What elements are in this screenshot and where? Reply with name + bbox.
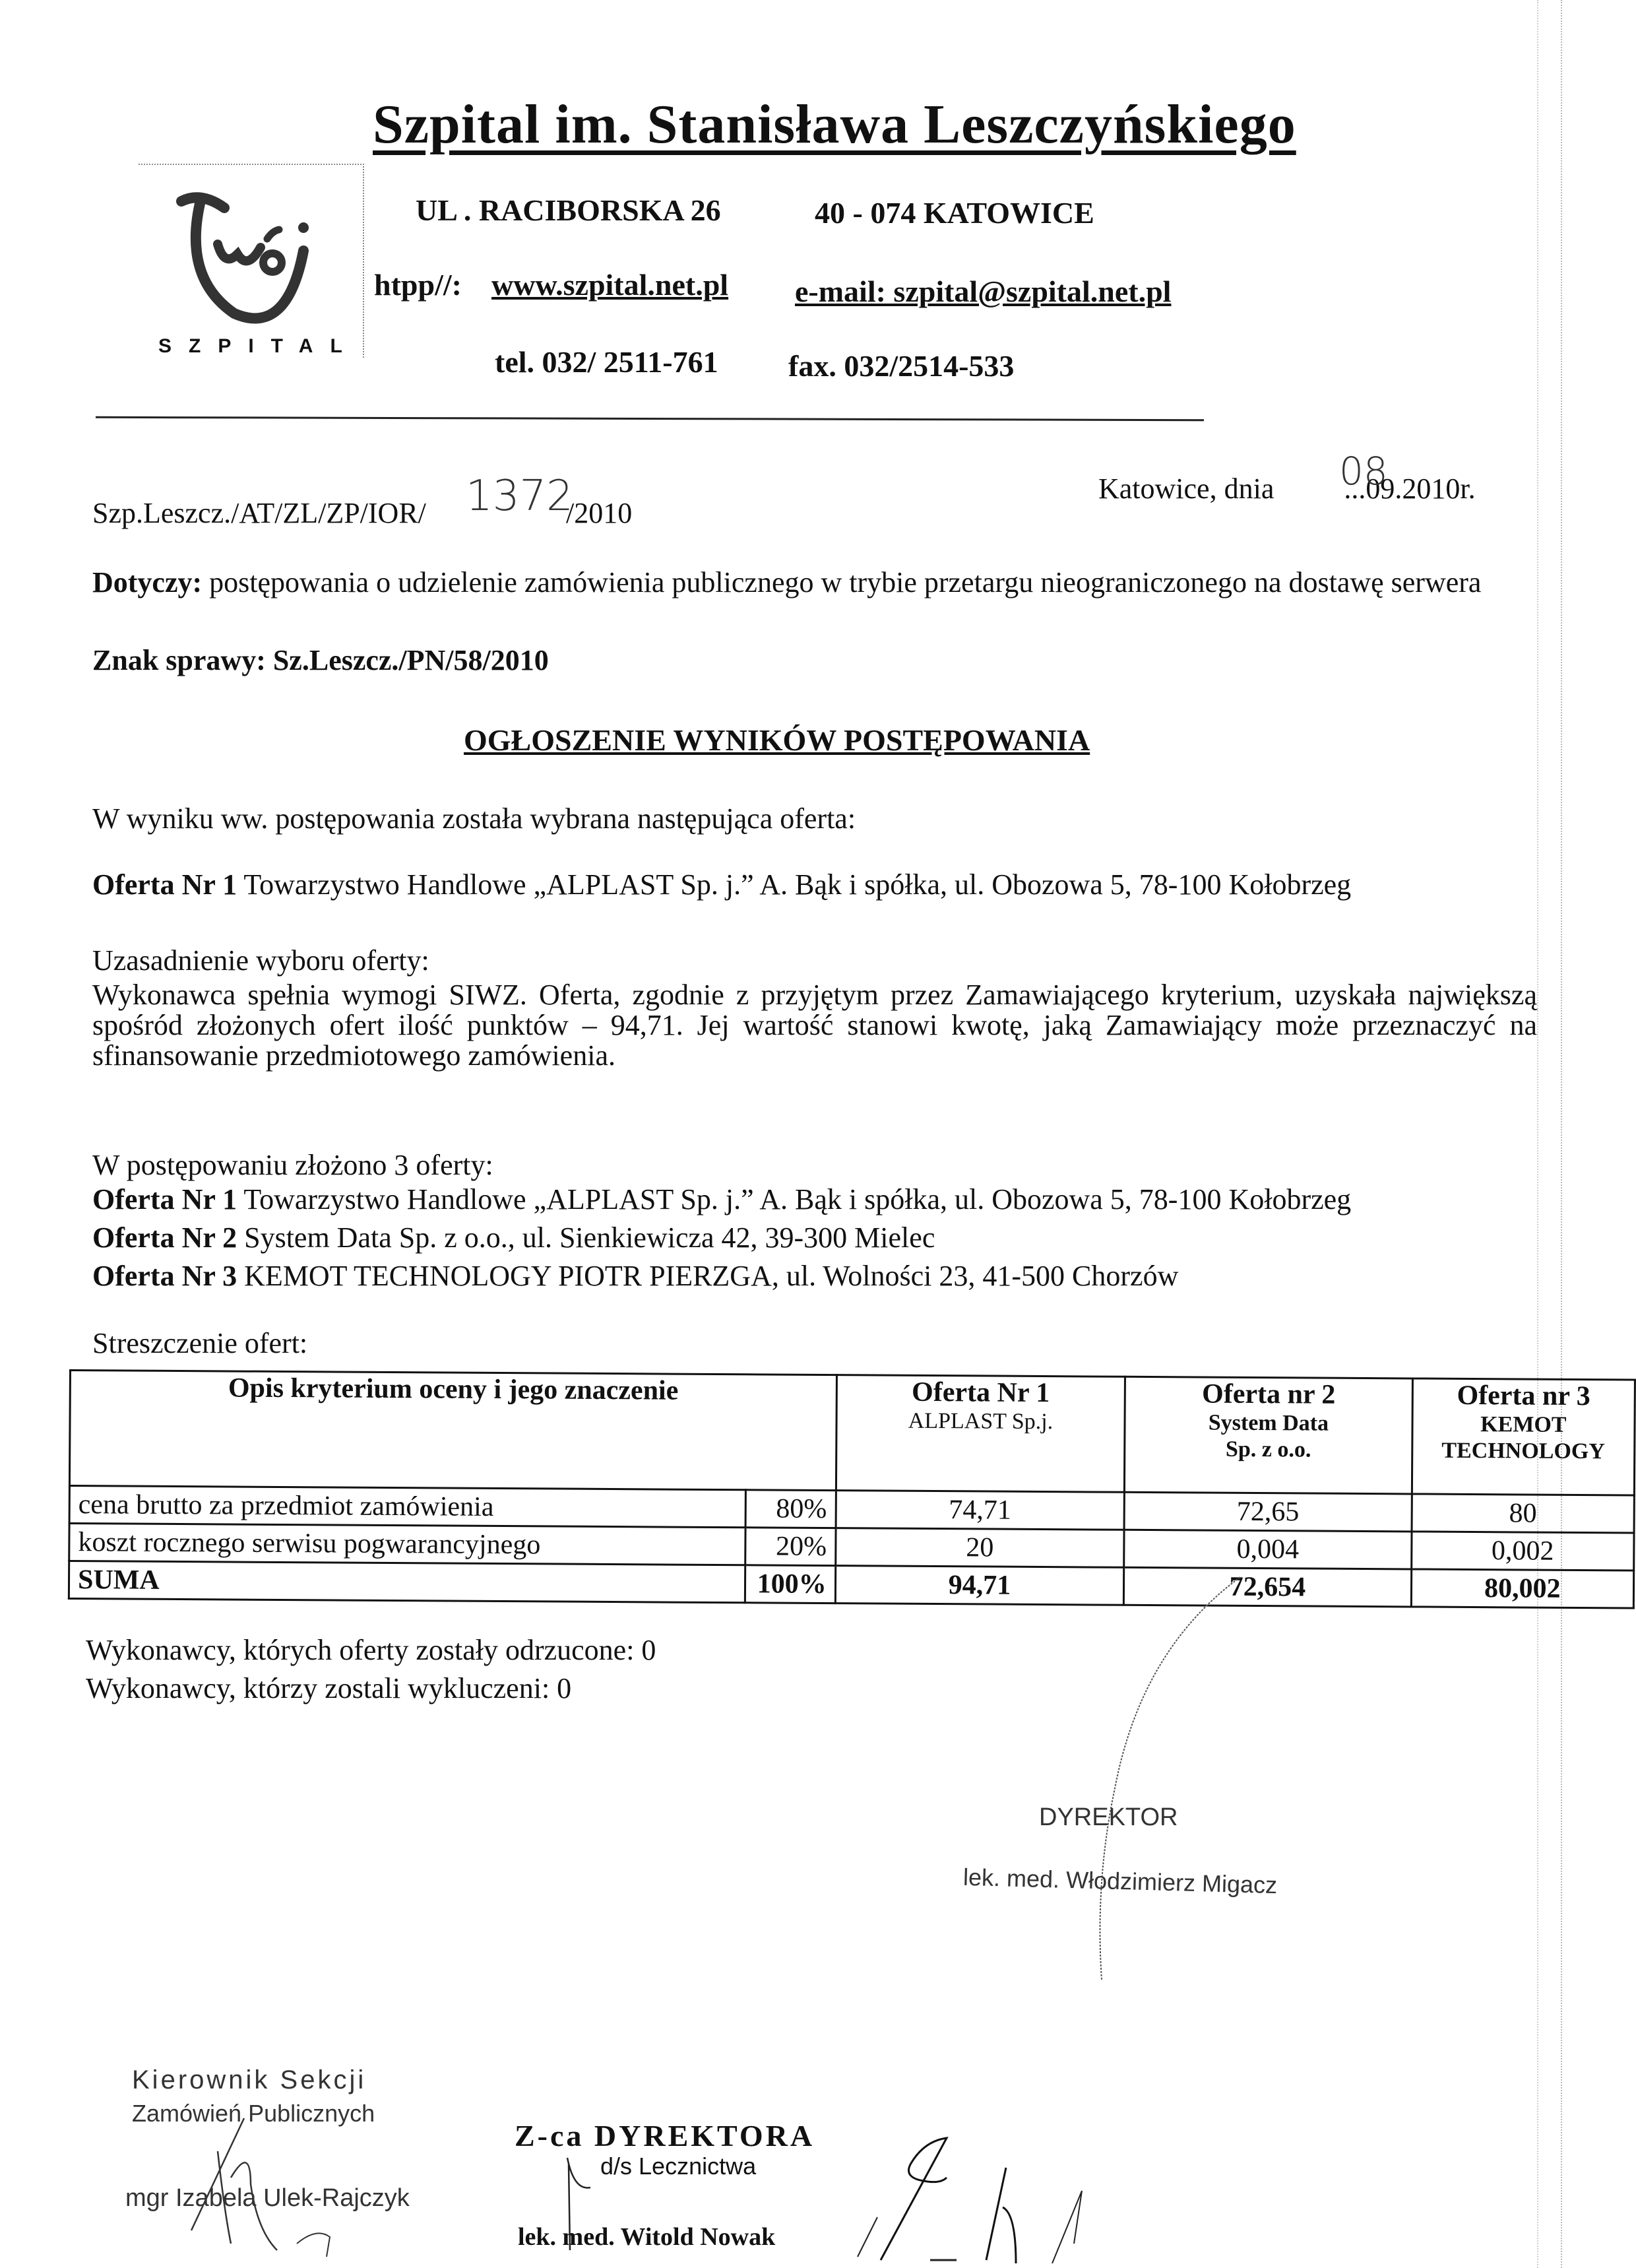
offer-3-title: Oferta nr 3 xyxy=(1457,1380,1590,1411)
subject-label: Dotyczy: xyxy=(92,566,202,599)
deputy-stamp-name: lek. med. Witold Nowak xyxy=(518,2222,775,2252)
offer-2-subtitle-2: Sp. z o.o. xyxy=(1133,1436,1403,1464)
offers-intro: W postępowaniu złożono 3 oferty: xyxy=(92,1148,493,1182)
offer-list-item: Oferta Nr 3 KEMOT TECHNOLOGY PIOTR PIERZ… xyxy=(92,1259,1178,1293)
excluded-count: Wykonawcy, którzy zostali wykluczeni: 0 xyxy=(86,1671,571,1705)
score-cell: 72,65 xyxy=(1124,1492,1412,1532)
score-cell: 74,71 xyxy=(836,1491,1125,1530)
offer-3-header: Oferta nr 3KEMOTTECHNOLOGY xyxy=(1412,1378,1635,1495)
email-link[interactable]: e-mail: szpital@szpital.net.pl xyxy=(795,274,1171,309)
zip-city: 40 - 074 KATOWICE xyxy=(815,195,1094,230)
deputy-initial-stroke-icon xyxy=(561,2151,613,2257)
website-link[interactable]: www.szpital.net.pl xyxy=(491,267,728,302)
offer-text: KEMOT TECHNOLOGY PIOTR PIERZGA, ul. Woln… xyxy=(237,1260,1178,1292)
offer-1-title: Oferta Nr 1 xyxy=(912,1377,1050,1408)
reference-handwritten-number: 1372 xyxy=(466,472,573,521)
justification-text: Wykonawca spełnia wymogi SIWZ. Oferta, z… xyxy=(92,980,1537,1071)
offer-label: Oferta Nr 1 xyxy=(92,1183,237,1215)
phone-number: tel. 032/ 2511-761 xyxy=(495,344,718,379)
offer-2-subtitle: System Data xyxy=(1134,1409,1404,1437)
selected-offer: Oferta Nr 1 Towarzystwo Handlowe „ALPLAS… xyxy=(92,868,1351,901)
street-address: UL . RACIBORSKA 26 xyxy=(416,193,721,228)
hospital-logo-icon xyxy=(155,178,353,330)
handwritten-signature-icon xyxy=(838,2131,1431,2263)
header-divider xyxy=(96,416,1204,421)
web-label: htpp//: xyxy=(374,267,462,302)
scan-edge-artifact xyxy=(1537,0,1562,2268)
selected-offer-label: Oferta Nr 1 xyxy=(92,868,237,901)
document-date: Katowice, dnia ...09.2010r. xyxy=(1098,472,1476,505)
offer-text: System Data Sp. z o.o., ul. Sienkiewicza… xyxy=(237,1221,935,1254)
table-caption: Streszczenie ofert: xyxy=(92,1326,307,1360)
selected-offer-text: Towarzystwo Handlowe „ALPLAST Sp. j.” A.… xyxy=(237,868,1351,901)
rejected-count: Wykonawcy, których oferty zostały odrzuc… xyxy=(86,1633,656,1667)
announcement-title: OGŁOSZENIE WYNIKÓW POSTĘPOWANIA xyxy=(464,723,1090,758)
weight-cell: 80% xyxy=(745,1490,836,1528)
offer-1-subtitle: ALPLAST Sp.j. xyxy=(845,1408,1116,1436)
reference-suffix: /2010 xyxy=(566,496,632,530)
date-prefix: Katowice, dnia xyxy=(1098,472,1281,505)
offers-summary-table: Opis kryterium oceny i jego znaczenie Of… xyxy=(68,1369,1636,1609)
director-signature-stroke-icon xyxy=(976,1571,1253,1999)
section-head-signature-icon xyxy=(152,2079,350,2263)
offer-2-header: Oferta nr 2System DataSp. z o.o. xyxy=(1125,1377,1413,1494)
case-number: Znak sprawy: Sz.Leszcz./PN/58/2010 xyxy=(92,643,549,677)
director-stamp-title: DYREKTOR xyxy=(1039,1803,1178,1832)
offer-label: Oferta Nr 3 xyxy=(92,1260,237,1292)
total-label-cell: SUMA xyxy=(69,1561,745,1603)
hospital-name: Szpital im. Stanisława Leszczyńskiego xyxy=(373,92,1296,156)
offer-2-title: Oferta nr 2 xyxy=(1202,1378,1335,1409)
score-cell: 0,004 xyxy=(1124,1530,1412,1569)
selection-intro: W wyniku ww. postępowania została wybran… xyxy=(92,802,856,835)
subject-text: postępowania o udzielenie zamówienia pub… xyxy=(202,566,1481,599)
offer-3-subtitle: KEMOT xyxy=(1421,1411,1626,1439)
total-weight-cell: 100% xyxy=(745,1565,835,1604)
score-cell: 20 xyxy=(835,1528,1124,1568)
score-cell: 0,002 xyxy=(1411,1532,1634,1571)
criterion-header: Opis kryterium oceny i jego znaczenie xyxy=(69,1371,836,1491)
offer-label: Oferta Nr 2 xyxy=(92,1221,237,1254)
total-score-cell: 80,002 xyxy=(1411,1569,1634,1608)
table-header-row: Opis kryterium oceny i jego znaczenie Of… xyxy=(69,1371,1635,1495)
offer-1-header: Oferta Nr 1ALPLAST Sp.j. xyxy=(836,1375,1125,1493)
offer-list-item: Oferta Nr 2 System Data Sp. z o.o., ul. … xyxy=(92,1221,935,1254)
subject-paragraph: Dotyczy: postępowania o udzielenie zamów… xyxy=(92,567,1537,598)
criterion-cell: koszt rocznego serwisu pogwarancyjnego xyxy=(69,1524,745,1565)
deputy-stamp-subtitle: d/s Lecznictwa xyxy=(600,2153,756,2180)
fax-number: fax. 032/2514-533 xyxy=(788,348,1014,383)
justification-label: Uzasadnienie wyboru oferty: xyxy=(92,944,429,977)
logo-caption: SZPITAL xyxy=(158,335,360,358)
reference-prefix: Szp.Leszcz./AT/ZL/ZP/IOR/ xyxy=(92,496,426,530)
offer-list-item: Oferta Nr 1 Towarzystwo Handlowe „ALPLAS… xyxy=(92,1183,1351,1216)
criterion-cell: cena brutto za przedmiot zamówienia xyxy=(69,1486,745,1528)
date-handwritten-day: 08 xyxy=(1339,449,1388,494)
weight-cell: 20% xyxy=(745,1528,836,1566)
offer-text: Towarzystwo Handlowe „ALPLAST Sp. j.” A.… xyxy=(237,1183,1351,1215)
score-cell: 80 xyxy=(1412,1494,1635,1533)
offer-3-subtitle-2: TECHNOLOGY xyxy=(1421,1438,1626,1466)
deputy-stamp-title: Z-ca DYREKTORA xyxy=(515,2118,815,2153)
